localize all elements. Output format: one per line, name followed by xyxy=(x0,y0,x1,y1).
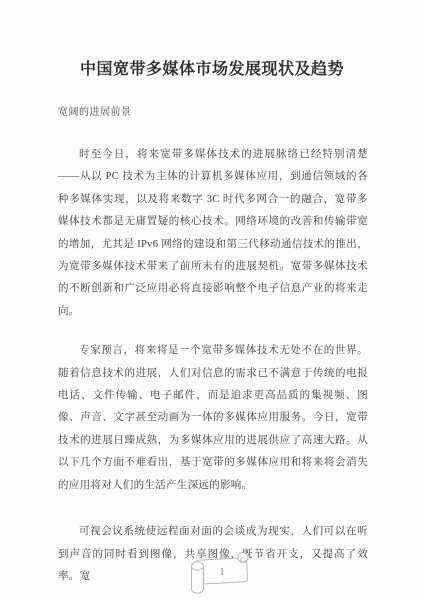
scroll-icon: 1 xyxy=(183,549,255,599)
page-number: 1 xyxy=(220,567,225,577)
document-page: 中国宽带多媒体市场发展现状及趋势 宽阔的进展前景 时至今日，将来宽带多媒体技术的… xyxy=(0,0,424,600)
body-paragraph-1: 时至今日，将来宽带多媒体技术的进展脉络已经特别清楚——从以 PC 技术为主体的计… xyxy=(58,144,368,323)
body-paragraph-2: 专家预言，将来将是一个宽带多媒体技术无处不在的世界。随着信息技术的进展，人们对信… xyxy=(58,340,368,497)
page-footer: 1 xyxy=(183,549,255,599)
document-title: 中国宽带多媒体市场发展现状及趋势 xyxy=(0,0,424,82)
section-heading: 宽阔的进展前景 xyxy=(58,103,424,118)
